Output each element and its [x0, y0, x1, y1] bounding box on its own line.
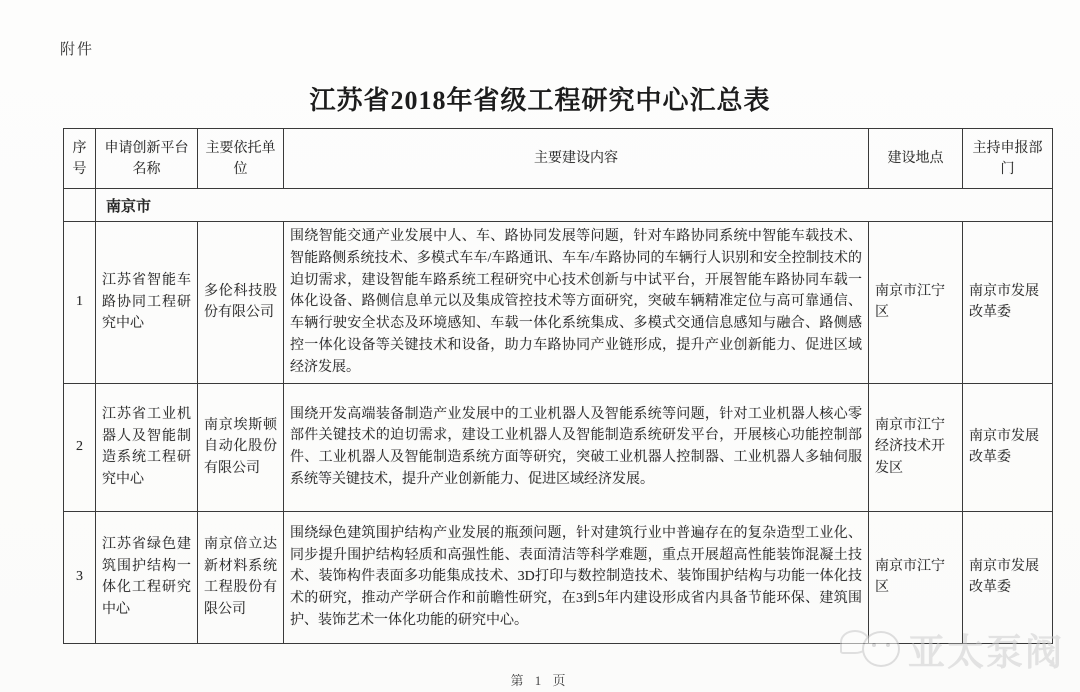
page-number: 第 1 页	[0, 670, 1080, 689]
cell-no: 2	[64, 383, 96, 511]
document-page: 附件 江苏省2018年省级工程研究中心汇总表 序号 申请创新平台名称 主要依托单…	[0, 0, 1080, 692]
page-title: 江苏省2018年省级工程研究中心汇总表	[0, 80, 1080, 117]
attachment-label: 附件	[60, 38, 94, 59]
cell-department: 南京市发展改革委	[963, 383, 1053, 511]
cell-platform: 江苏省绿色建筑围护结构一体化工程研究中心	[96, 511, 198, 643]
column-header-department: 主持申报部门	[963, 129, 1053, 189]
summary-table: 序号 申请创新平台名称 主要依托单位 主要建设内容 建设地点 主持申报部门 南京…	[63, 128, 1053, 644]
cell-location: 南京市江宁区	[869, 511, 963, 643]
column-header-unit: 主要依托单位	[198, 129, 284, 189]
cell-platform: 江苏省智能车路协同工程研究中心	[96, 222, 198, 384]
section-empty-cell	[64, 189, 96, 222]
cell-content: 围绕开发高端装备制造产业发展中的工业机器人及智能系统等问题，针对工业机器人核心零…	[284, 383, 869, 511]
column-header-location: 建设地点	[869, 129, 963, 189]
cell-content: 围绕智能交通产业发展中人、车、路协同发展等问题，针对车路协同系统中智能车载技术、…	[284, 222, 869, 384]
table-header-row: 序号 申请创新平台名称 主要依托单位 主要建设内容 建设地点 主持申报部门	[64, 129, 1053, 189]
cell-no: 1	[64, 222, 96, 384]
cell-no: 3	[64, 511, 96, 643]
cell-location: 南京市江宁经济技术开发区	[869, 383, 963, 511]
section-label: 南京市	[96, 189, 1053, 222]
cell-location: 南京市江宁区	[869, 222, 963, 384]
cell-unit: 南京倍立达新材料系统工程股份有限公司	[198, 511, 284, 643]
cell-unit: 多伦科技股份有限公司	[198, 222, 284, 384]
section-row-nanjing: 南京市	[64, 189, 1053, 222]
cell-unit: 南京埃斯顿自动化股份有限公司	[198, 383, 284, 511]
table-row: 1 江苏省智能车路协同工程研究中心 多伦科技股份有限公司 围绕智能交通产业发展中…	[64, 222, 1053, 384]
column-header-no: 序号	[64, 129, 96, 189]
column-header-platform: 申请创新平台名称	[96, 129, 198, 189]
table-row: 3 江苏省绿色建筑围护结构一体化工程研究中心 南京倍立达新材料系统工程股份有限公…	[64, 511, 1053, 643]
cell-platform: 江苏省工业机器人及智能制造系统工程研究中心	[96, 383, 198, 511]
column-header-content: 主要建设内容	[284, 129, 869, 189]
table-row: 2 江苏省工业机器人及智能制造系统工程研究中心 南京埃斯顿自动化股份有限公司 围…	[64, 383, 1053, 511]
cell-department: 南京市发展改革委	[963, 511, 1053, 643]
cell-department: 南京市发展改革委	[963, 222, 1053, 384]
cell-content: 围绕绿色建筑围护结构产业发展的瓶颈问题，针对建筑行业中普遍存在的复杂造型工业化、…	[284, 511, 869, 643]
